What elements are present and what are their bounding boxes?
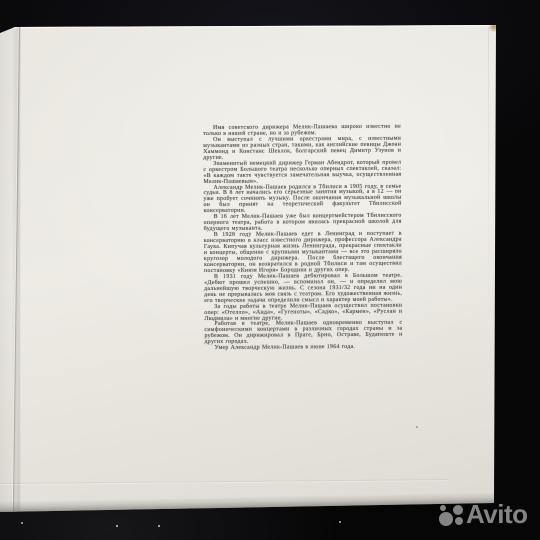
- avito-logo-circle: [453, 505, 463, 515]
- avito-watermark: Avito: [438, 500, 528, 528]
- liner-notes-text: Имя советского дирижера Мелик-Пашаева ши…: [203, 125, 403, 353]
- sleeve-top-edge: [2, 24, 496, 28]
- dust-speck: [21, 522, 23, 524]
- sleeve-right-seam: [488, 27, 489, 327]
- liner-notes-paragraph: Знаменитый немецкий дирижер Герман Абенд…: [203, 160, 401, 185]
- dust-speck: [158, 525, 160, 527]
- liner-notes-paragraph: В 1931 году Мелик-Пашаев дебютировал в Б…: [204, 273, 402, 304]
- avito-logo-circle: [439, 512, 453, 526]
- corner-stain: [488, 25, 496, 32]
- liner-notes-paragraph: В 1928 году Мелик-Пашаев едет в Ленингра…: [204, 232, 402, 275]
- paper-speck: [416, 426, 418, 428]
- liner-notes-paragraph: Работая в театре, Мелик-Пашаев одновреме…: [204, 321, 402, 346]
- avito-logo-circle: [455, 517, 463, 525]
- liner-notes-paragraph: Он выступал с лучшими оркестрами мира, с…: [203, 137, 401, 162]
- avito-wordmark: Avito: [466, 501, 528, 527]
- sleeve-bottom-edge-shadow: [0, 492, 506, 514]
- avito-logo-circle: [440, 505, 446, 511]
- avito-logo-icon: [438, 500, 464, 528]
- dust-speck: [116, 525, 118, 527]
- liner-notes-paragraph: Александр Мелик-Пашаев родился в Тбилиси…: [203, 184, 401, 215]
- product-photo: Имя советского дирижера Мелик-Пашаева ши…: [0, 0, 540, 540]
- dust-speck: [339, 521, 341, 523]
- record-sleeve-back: Имя советского дирижера Мелик-Пашаева ши…: [0, 0, 540, 540]
- liner-notes-paragraph: Умер Александр Мелик-Пашаев в июне 1964 …: [205, 345, 403, 352]
- sleeve-crease: [0, 479, 448, 484]
